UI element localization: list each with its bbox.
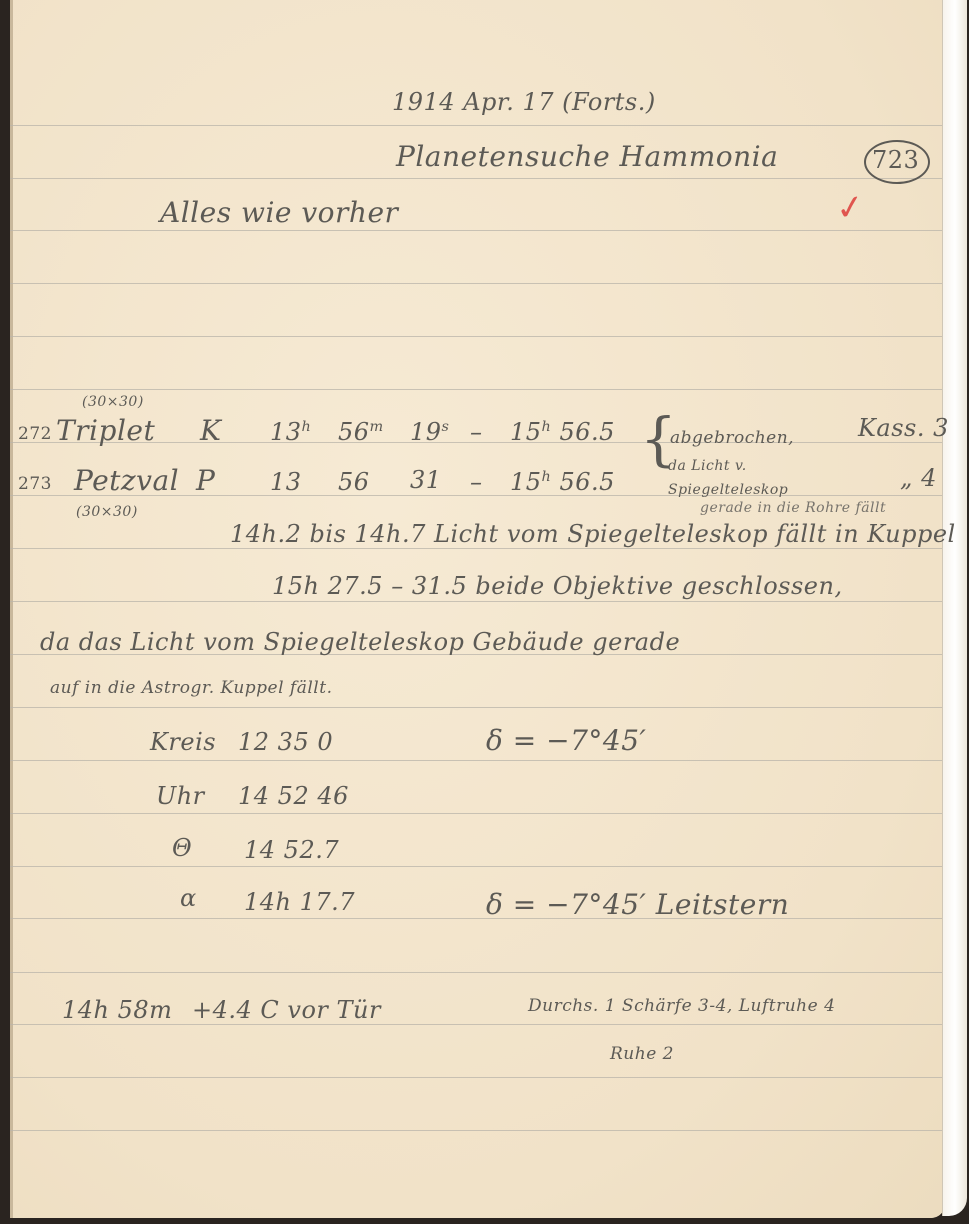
end-time: 15h 56.5: [510, 418, 615, 446]
brace-note-line: da Licht v.: [668, 458, 747, 474]
reading-label: Θ: [172, 834, 192, 862]
start-seconds: 31: [410, 466, 442, 494]
ruled-line: [10, 918, 942, 919]
start-hours: 13h: [270, 418, 311, 446]
start-hours: 13: [270, 468, 302, 496]
ruled-line: [10, 178, 942, 179]
reading-extra: δ = −7°45′ Leitstern: [486, 888, 789, 921]
note-line: 14h.2 bis 14h.7 Licht vom Spiegeltelesko…: [230, 520, 956, 548]
plate-number: 272: [18, 424, 52, 444]
ruled-line: [10, 389, 942, 390]
ruled-line: [10, 601, 942, 602]
ruled-line: [10, 1130, 942, 1131]
note-line: da das Licht vom Spiegelteleskop Gebäude…: [40, 628, 680, 656]
plate-instrument: Petzval: [74, 464, 179, 497]
brace-note-line: Spiegelteleskop: [668, 482, 788, 498]
reading-extra: δ = −7°45′: [486, 724, 646, 757]
ruled-line: [10, 283, 942, 284]
reading-values: 12 35 0: [238, 728, 333, 756]
ruled-line: [10, 866, 942, 867]
ruled-line: [10, 548, 942, 549]
note-line: auf in die Astrogr. Kuppel fällt.: [50, 678, 332, 698]
cassette: „ 4: [900, 464, 937, 492]
reading-label: Kreis: [150, 728, 216, 756]
brace-note-addition: gerade in die Rohre fällt: [700, 500, 886, 516]
ruled-line: [10, 1024, 942, 1025]
reading-values: 14 52 46: [238, 782, 349, 810]
reading-label: α: [180, 884, 197, 912]
dash: –: [470, 418, 483, 446]
ruled-line: [10, 336, 942, 337]
page-number: 723: [872, 146, 919, 174]
ruled-line: [10, 230, 942, 231]
red-check-mark: ✓: [833, 186, 867, 230]
reading-values: 14 52.7: [244, 836, 339, 864]
brace-note-line: abgebrochen,: [670, 428, 794, 448]
observation-time: 14h 58m: [62, 996, 172, 1024]
entry-date: 1914 Apr. 17 (Forts.): [392, 88, 656, 116]
start-minutes: 56: [338, 468, 370, 496]
note-line: 15h 27.5 – 31.5 beide Objektive geschlos…: [272, 572, 843, 600]
plate-code: P: [196, 464, 215, 497]
plate-size: (30×30): [76, 504, 138, 520]
intro-note: Alles wie vorher: [160, 196, 398, 229]
start-seconds: 19s: [410, 418, 449, 446]
ruled-line: [10, 707, 942, 708]
plate-code: K: [200, 414, 221, 447]
page-edge: [942, 0, 967, 1216]
ruled-line: [10, 760, 942, 761]
page-title: Planetensuche Hammonia: [396, 140, 778, 173]
plate-instrument: Triplet: [56, 414, 155, 447]
ruled-line: [10, 813, 942, 814]
plate-size: (30×30): [82, 394, 144, 410]
cassette: Kass. 3: [858, 414, 949, 442]
reading-values: 14h 17.7: [244, 888, 355, 916]
reading-label: Uhr: [156, 782, 205, 810]
dash: –: [470, 468, 483, 496]
ruled-line: [10, 125, 942, 126]
ruled-line: [10, 972, 942, 973]
plate-number: 273: [18, 474, 52, 494]
start-minutes: 56m: [338, 418, 384, 446]
conditions: Durchs. 1 Schärfe 3-4, Luftruhe 4: [528, 996, 835, 1016]
temperature: +4.4 C vor Tür: [192, 996, 381, 1024]
end-time: 15h 56.5: [510, 468, 615, 496]
notebook-page: [10, 0, 945, 1218]
ruled-line: [10, 1077, 942, 1078]
calm: Ruhe 2: [610, 1044, 674, 1064]
